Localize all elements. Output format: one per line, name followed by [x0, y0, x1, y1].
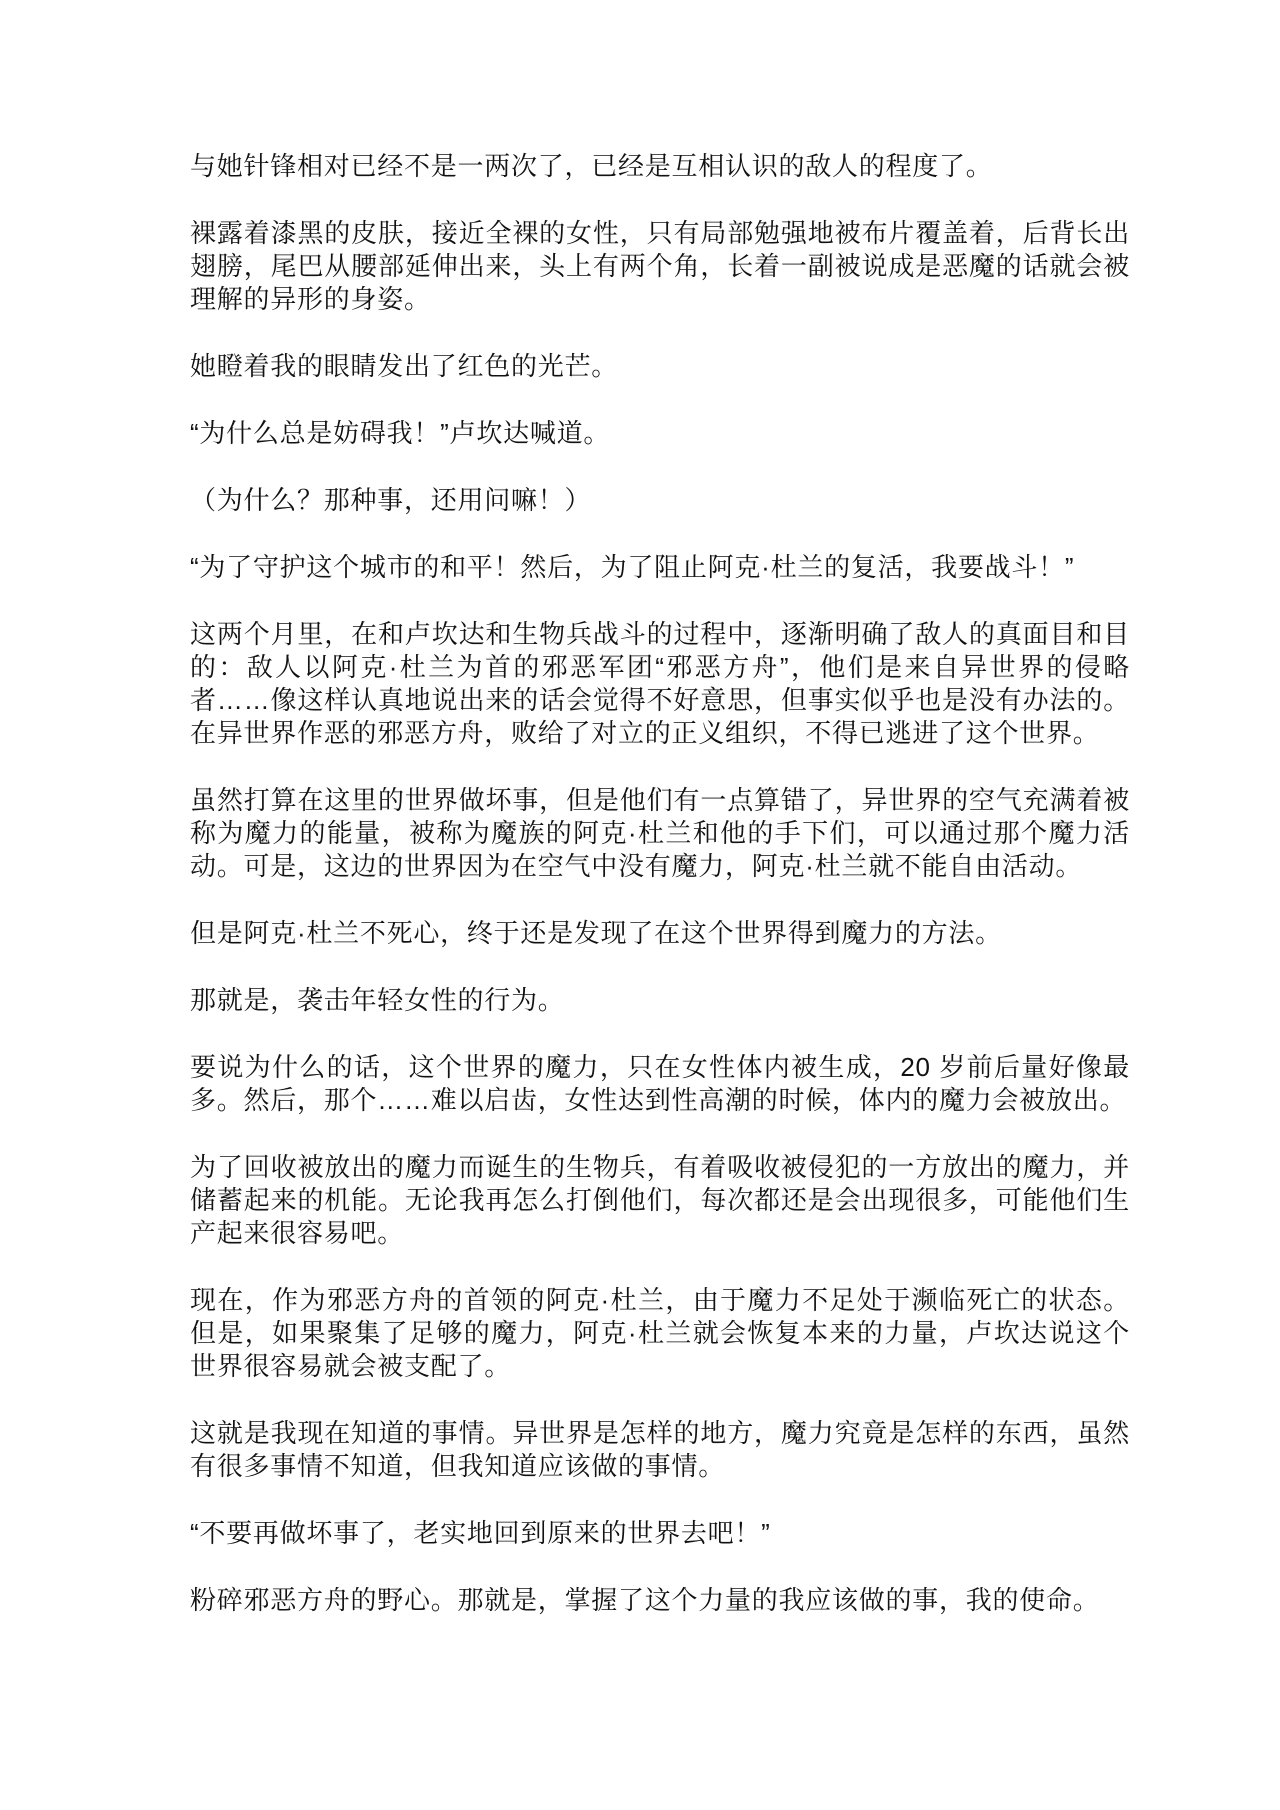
paragraph: 现在，作为邪恶方舟的首领的阿克·杜兰，由于魔力不足处于濒临死亡的状态。但是，如果… [190, 1284, 1130, 1383]
paragraph: 为了回收被放出的魔力而诞生的生物兵，有着吸收被侵犯的一方放出的魔力，并储蓄起来的… [190, 1151, 1130, 1250]
paragraph: 这两个月里，在和卢坎达和生物兵战斗的过程中，逐渐明确了敌人的真面目和目的：敌人以… [190, 618, 1130, 750]
paragraph: 这就是我现在知道的事情。异世界是怎样的地方，魔力究竟是怎样的东西，虽然有很多事情… [190, 1417, 1130, 1483]
paragraph: 那就是，袭击年轻女性的行为。 [190, 984, 1130, 1017]
paragraph: 她瞪着我的眼睛发出了红色的光芒。 [190, 350, 1130, 383]
paragraph: 与她针锋相对已经不是一两次了，已经是互相认识的敌人的程度了。 [190, 150, 1130, 183]
paragraph: 粉碎邪恶方舟的野心。那就是，掌握了这个力量的我应该做的事，我的使命。 [190, 1584, 1130, 1617]
paragraph-dialogue: “为了守护这个城市的和平！然后，为了阻止阿克·杜兰的复活，我要战斗！” [190, 551, 1130, 584]
paragraph-thought: （为什么？那种事，还用问嘛！） [190, 484, 1130, 517]
paragraph-dialogue: “为什么总是妨碍我！”卢坎达喊道。 [190, 417, 1130, 450]
document-page-body: { "page": { "background_color": "#ffffff… [0, 0, 1280, 1810]
paragraph: 裸露着漆黑的皮肤，接近全裸的女性，只有局部勉强地被布片覆盖着，后背长出翅膀，尾巴… [190, 217, 1130, 316]
paragraph: 但是阿克·杜兰不死心，终于还是发现了在这个世界得到魔力的方法。 [190, 917, 1130, 950]
document-page: 与她针锋相对已经不是一两次了，已经是互相认识的敌人的程度了。 裸露着漆黑的皮肤，… [0, 0, 1280, 1810]
paragraph: 虽然打算在这里的世界做坏事，但是他们有一点算错了，异世界的空气充满着被称为魔力的… [190, 784, 1130, 883]
text-block: 与她针锋相对已经不是一两次了，已经是互相认识的敌人的程度了。 裸露着漆黑的皮肤，… [190, 150, 1130, 1651]
paragraph: 要说为什么的话，这个世界的魔力，只在女性体内被生成，20 岁前后量好像最多。然后… [190, 1051, 1130, 1117]
paragraph-dialogue: “不要再做坏事了，老实地回到原来的世界去吧！” [190, 1517, 1130, 1550]
